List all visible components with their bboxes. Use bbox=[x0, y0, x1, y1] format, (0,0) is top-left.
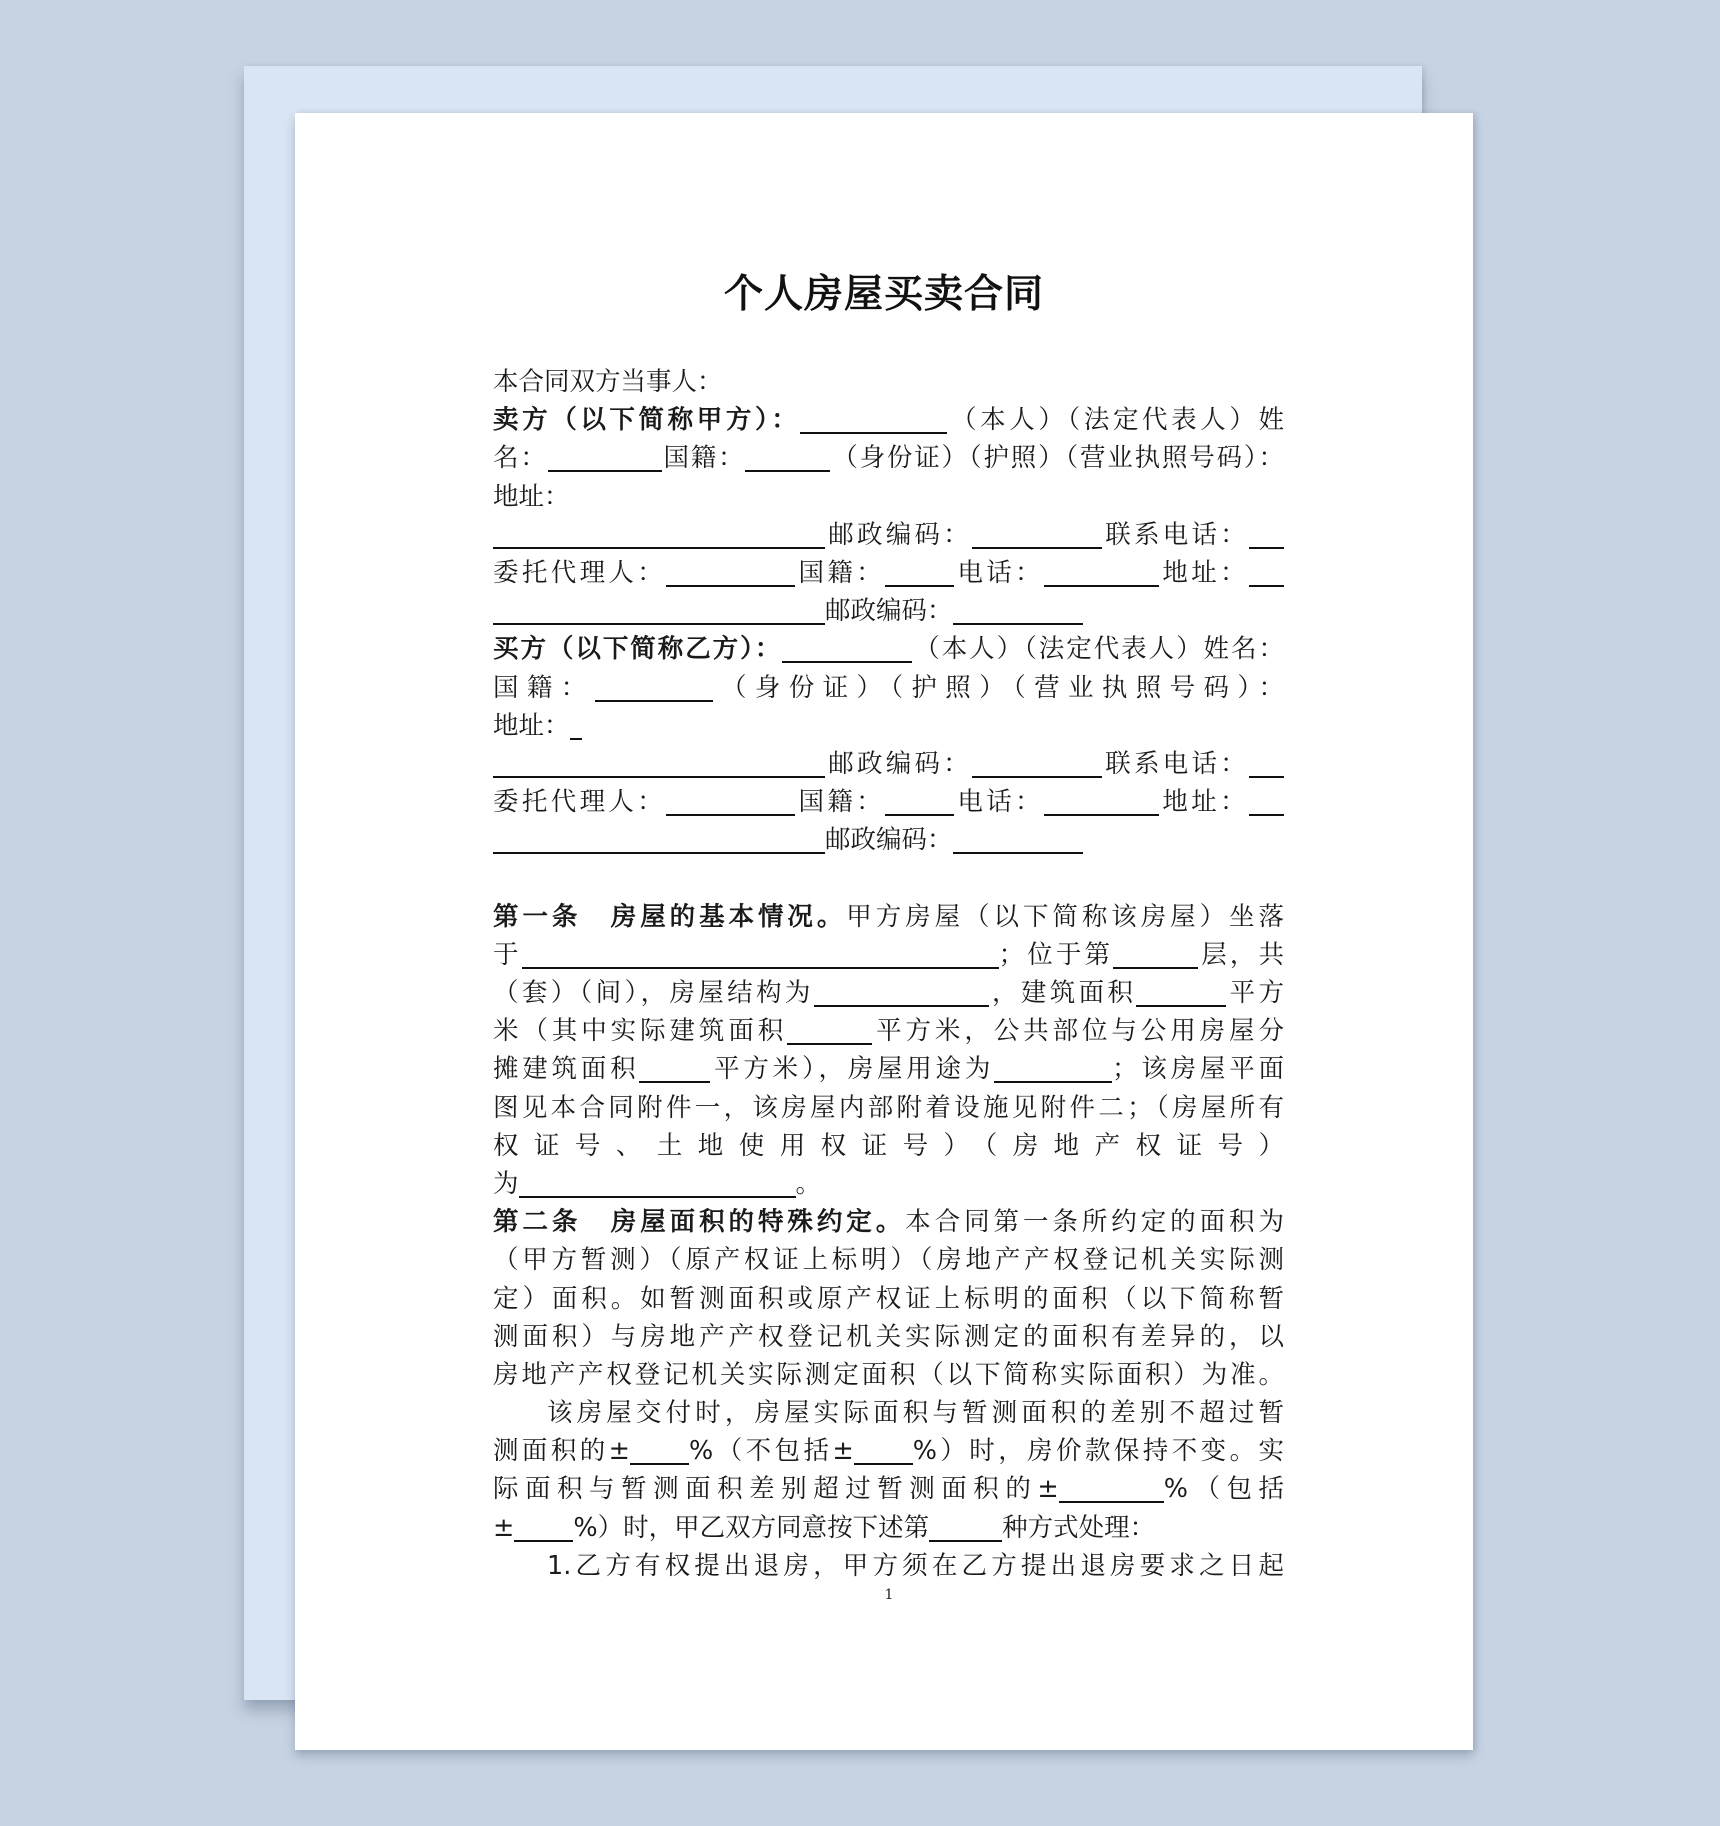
text-segment: ± bbox=[493, 1513, 514, 1543]
text-line: 际面积与暂测面积差别超过暂测面积的±%（包括 bbox=[493, 1470, 1284, 1508]
fill-in-blank bbox=[666, 560, 795, 587]
text-line: 第二条 房屋面积的特殊约定。本合同第一条所约定的面积为 bbox=[493, 1203, 1284, 1241]
fill-in-blank bbox=[885, 789, 954, 816]
text-segment: 米（其中实际建筑面积 bbox=[493, 1016, 787, 1046]
text-segment: 。 bbox=[796, 1169, 822, 1199]
fill-in-blank bbox=[519, 1171, 796, 1198]
fill-in-blank bbox=[972, 522, 1102, 549]
text-line: 第一条 房屋的基本情况。甲方房屋（以下简称该房屋）坐落 bbox=[493, 898, 1284, 936]
fill-in-blank bbox=[800, 407, 947, 434]
text-line: 邮政编码：联系电话： bbox=[493, 516, 1284, 554]
text-line: 米（其中实际建筑面积平方米，公共部位与公用房屋分 bbox=[493, 1012, 1284, 1050]
text-line: 摊建筑面积平方米），房屋用途为；该房屋平面 bbox=[493, 1050, 1284, 1088]
text-segment: %）时，房价款保持不变。实 bbox=[913, 1436, 1284, 1466]
text-segment: 本合同第一条所约定的面积为 bbox=[905, 1207, 1284, 1237]
text-segment: ；位于第 bbox=[999, 940, 1113, 970]
text-segment: （本人）（法定代表人）姓 bbox=[947, 405, 1284, 435]
clause-heading: 卖方（以下简称甲方）： bbox=[493, 405, 800, 435]
text-line: 卖方（以下简称甲方）：（本人）（法定代表人）姓 bbox=[493, 401, 1284, 439]
fill-in-blank bbox=[493, 751, 825, 778]
fill-in-blank bbox=[1113, 942, 1198, 969]
fill-in-blank bbox=[666, 789, 795, 816]
fill-in-blank bbox=[1136, 980, 1226, 1007]
text-line: 测面积的±%（不包括±%）时，房价款保持不变。实 bbox=[493, 1432, 1284, 1470]
clause-heading: 买方（以下简称乙方）： bbox=[493, 634, 782, 664]
text-line: 权证号、土地使用权证号）（房地产权证号） bbox=[493, 1127, 1284, 1165]
text-line: 委托代理人：国籍：电话：地址： bbox=[493, 783, 1284, 821]
fill-in-blank bbox=[1059, 1476, 1164, 1503]
text-segment: 电话： bbox=[954, 558, 1044, 588]
fill-in-blank bbox=[972, 751, 1102, 778]
text-segment: 地址： bbox=[493, 711, 570, 741]
document-page: 个人房屋买卖合同 本合同双方当事人：卖方（以下简称甲方）：（本人）（法定代表人）… bbox=[295, 113, 1473, 1750]
fill-in-blank bbox=[630, 1438, 689, 1465]
text-segment: 种方式处理： bbox=[1002, 1513, 1155, 1543]
text-segment: 该房屋交付时，房屋实际面积与暂测面积的差别不超过暂 bbox=[547, 1398, 1284, 1428]
document-title: 个人房屋买卖合同 bbox=[295, 271, 1473, 319]
text-line: 地址： bbox=[493, 478, 1284, 516]
text-segment: 摊建筑面积 bbox=[493, 1054, 639, 1084]
text-line: 国籍：（身份证）（护照）（营业执照号码）： bbox=[493, 669, 1284, 707]
document-body: 本合同双方当事人：卖方（以下简称甲方）：（本人）（法定代表人）姓名：国籍：（身份… bbox=[493, 363, 1284, 1585]
text-line: 邮政编码：联系电话： bbox=[493, 745, 1284, 783]
text-line: 为。 bbox=[493, 1165, 1284, 1203]
text-line: 1.乙方有权提出退房，甲方须在乙方提出退房要求之日起 bbox=[493, 1547, 1284, 1585]
fill-in-blank bbox=[953, 598, 1083, 625]
text-segment: 层，共 bbox=[1198, 940, 1284, 970]
text-segment: （身份证）（护照）（营业执照号码）： bbox=[830, 443, 1284, 473]
fill-in-blank bbox=[1249, 522, 1284, 549]
text-segment: ；该房屋平面 bbox=[1112, 1054, 1284, 1084]
text-segment: 电话： bbox=[954, 787, 1044, 817]
fill-in-blank bbox=[1249, 751, 1284, 778]
fill-in-blank bbox=[493, 598, 825, 625]
text-segment: 委托代理人： bbox=[493, 558, 666, 588]
text-segment: 于 bbox=[493, 940, 522, 970]
fill-in-blank bbox=[787, 1018, 872, 1045]
text-segment: 测面积）与房地产产权登记机关实际测定的面积有差异的，以 bbox=[493, 1322, 1284, 1352]
text-segment: ，建筑面积 bbox=[989, 978, 1137, 1008]
text-segment: 委托代理人： bbox=[493, 787, 666, 817]
text-line: 名：国籍：（身份证）（护照）（营业执照号码）： bbox=[493, 439, 1284, 477]
fill-in-blank bbox=[953, 827, 1083, 854]
text-segment: 本合同双方当事人： bbox=[493, 367, 723, 397]
page-number: 1 bbox=[883, 1587, 895, 1603]
text-segment: 地址： bbox=[493, 482, 570, 512]
text-segment: 权证号、土地使用权证号）（房地产权证号） bbox=[493, 1131, 1284, 1161]
text-line: 委托代理人：国籍：电话：地址： bbox=[493, 554, 1284, 592]
fill-in-blank bbox=[1044, 789, 1159, 816]
text-line: 测面积）与房地产产权登记机关实际测定的面积有差异的，以 bbox=[493, 1318, 1284, 1356]
fill-in-blank bbox=[514, 1515, 573, 1542]
fill-in-blank bbox=[1044, 560, 1159, 587]
text-segment: （套）（间），房屋结构为 bbox=[493, 978, 814, 1008]
text-segment: （身份证）（护照）（营业执照号码）： bbox=[713, 673, 1284, 703]
fill-in-blank bbox=[639, 1056, 710, 1083]
text-segment: 际面积与暂测面积差别超过暂测面积的± bbox=[493, 1474, 1059, 1504]
text-segment: 地址： bbox=[1159, 787, 1249, 817]
fill-in-blank bbox=[548, 445, 662, 472]
text-line: ±%）时，甲乙双方同意按下述第种方式处理： bbox=[493, 1509, 1284, 1547]
text-line: 地址： bbox=[493, 707, 1284, 745]
text-segment: 为 bbox=[493, 1169, 519, 1199]
fill-in-blank bbox=[570, 713, 582, 740]
text-segment: %）时，甲乙双方同意按下述第 bbox=[573, 1513, 929, 1543]
fill-in-blank bbox=[595, 675, 713, 702]
text-line: 买方（以下简称乙方）：（本人）（法定代表人）姓名： bbox=[493, 630, 1284, 668]
text-segment: 邮政编码： bbox=[825, 749, 972, 779]
text-line: 定）面积。如暂测面积或原产权证上标明的面积（以下简称暂 bbox=[493, 1280, 1284, 1318]
text-segment: 图见本合同附件一，该房屋内部附着设施见附件二；（房屋所有 bbox=[493, 1093, 1284, 1123]
text-segment: 甲方房屋（以下简称该房屋）坐落 bbox=[846, 902, 1284, 932]
text-line: 该房屋交付时，房屋实际面积与暂测面积的差别不超过暂 bbox=[493, 1394, 1284, 1432]
text-line: 本合同双方当事人： bbox=[493, 363, 1284, 401]
text-line: 邮政编码： bbox=[493, 821, 1284, 859]
text-line: 房地产产权登记机关实际测定面积（以下简称实际面积）为准。 bbox=[493, 1356, 1284, 1394]
fill-in-blank bbox=[745, 445, 830, 472]
fill-in-blank bbox=[1249, 560, 1284, 587]
text-segment: 邮政编码： bbox=[825, 825, 953, 855]
fill-in-blank bbox=[522, 942, 999, 969]
blank-line bbox=[493, 859, 1284, 897]
fill-in-blank bbox=[493, 827, 825, 854]
text-line: 邮政编码： bbox=[493, 592, 1284, 630]
fill-in-blank bbox=[814, 980, 989, 1007]
fill-in-blank bbox=[854, 1438, 913, 1465]
text-segment: 联系电话： bbox=[1102, 520, 1249, 550]
text-segment: 邮政编码： bbox=[825, 520, 972, 550]
text-segment: （本人）（法定代表人）姓名： bbox=[912, 634, 1284, 664]
fill-in-blank bbox=[782, 636, 912, 663]
text-segment: 1.乙方有权提出退房，甲方须在乙方提出退房要求之日起 bbox=[547, 1551, 1284, 1581]
text-segment: 联系电话： bbox=[1102, 749, 1249, 779]
fill-in-blank bbox=[1249, 789, 1284, 816]
fill-in-blank bbox=[493, 522, 825, 549]
text-segment: %（不包括± bbox=[689, 1436, 854, 1466]
text-segment: 地址： bbox=[1159, 558, 1249, 588]
text-segment: 房地产产权登记机关实际测定面积（以下简称实际面积）为准。 bbox=[493, 1360, 1284, 1390]
text-segment: （甲方暂测）（原产权证上标明）（房地产产权登记机关实际测 bbox=[493, 1245, 1284, 1275]
text-segment: 测面积的± bbox=[493, 1436, 630, 1466]
text-segment: 平方米，公共部位与公用房屋分 bbox=[872, 1016, 1284, 1046]
text-segment: 名： bbox=[493, 443, 548, 473]
text-line: （甲方暂测）（原产权证上标明）（房地产产权登记机关实际测 bbox=[493, 1241, 1284, 1279]
text-segment: 平方 bbox=[1226, 978, 1284, 1008]
clause-heading: 第二条 房屋面积的特殊约定。 bbox=[493, 1207, 905, 1237]
text-segment: 国籍： bbox=[662, 443, 746, 473]
text-segment: 定）面积。如暂测面积或原产权证上标明的面积（以下简称暂 bbox=[493, 1284, 1284, 1314]
text-segment: 国籍： bbox=[493, 673, 595, 703]
text-segment: 邮政编码： bbox=[825, 596, 953, 626]
fill-in-blank bbox=[994, 1056, 1112, 1083]
text-segment: 国籍： bbox=[795, 558, 885, 588]
text-line: （套）（间），房屋结构为，建筑面积平方 bbox=[493, 974, 1284, 1012]
text-segment: 平方米），房屋用途为 bbox=[710, 1054, 994, 1084]
fill-in-blank bbox=[885, 560, 954, 587]
text-segment: 国籍： bbox=[795, 787, 885, 817]
text-line: 图见本合同附件一，该房屋内部附着设施见附件二；（房屋所有 bbox=[493, 1089, 1284, 1127]
text-segment: %（包括 bbox=[1164, 1474, 1284, 1504]
text-line: 于；位于第层，共 bbox=[493, 936, 1284, 974]
fill-in-blank bbox=[929, 1515, 1002, 1542]
clause-heading: 第一条 房屋的基本情况。 bbox=[493, 902, 846, 932]
